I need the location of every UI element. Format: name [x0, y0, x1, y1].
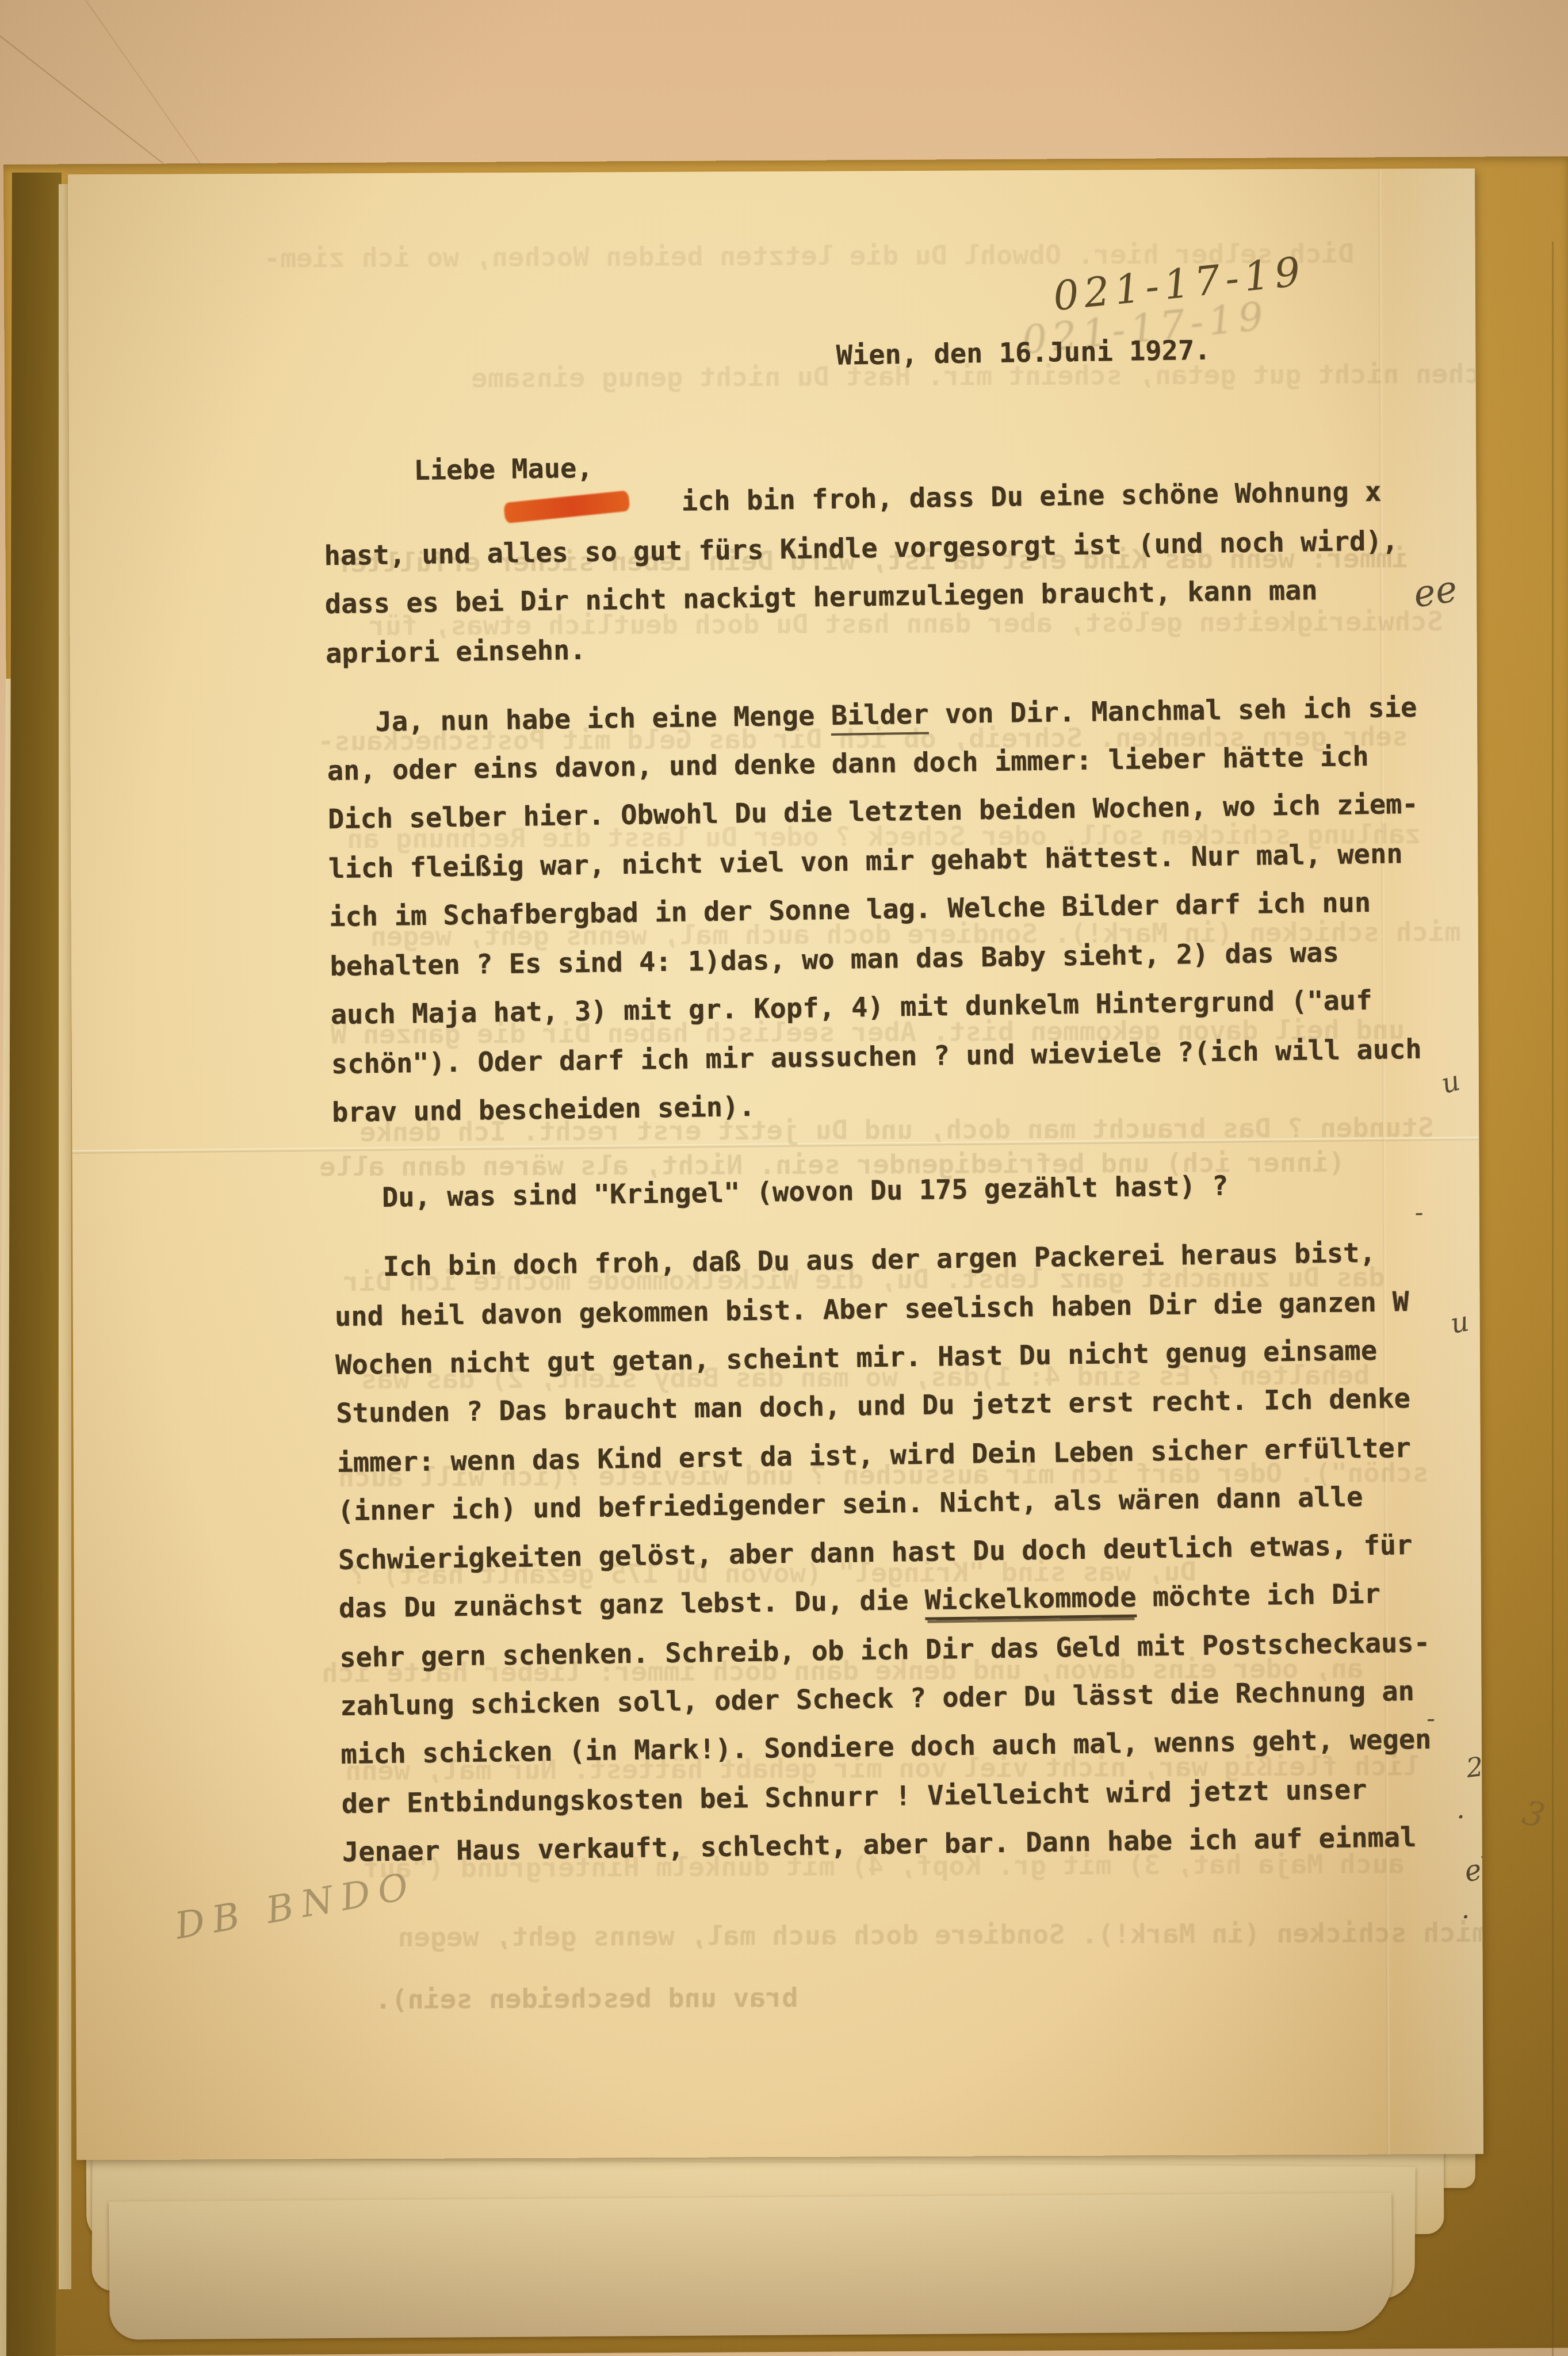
letter-line: hast, und alles so gut fürs Kindle vorge… [324, 525, 1398, 572]
letter-text: Du, was sind "Kringel" (wovon Du 175 gez… [333, 1170, 1229, 1214]
margin-pencil-mark: ee [1410, 568, 1460, 617]
archive-photo: { "archive": { "number": "021-17-19" }, … [0, 0, 1568, 2356]
folder-edge-line [1552, 242, 1554, 2356]
letter-line: ich im Schafbergbad in der Sonne lag. We… [329, 887, 1371, 933]
margin-pencil-mark: - [1414, 1198, 1424, 1227]
letter-text: an, oder eins davon, und denke dann doch… [327, 741, 1369, 787]
folder-spine-shadow [6, 173, 62, 2356]
letter-line: lich fleißig war, nicht viel von mir geh… [328, 838, 1403, 885]
letter-line: Dich selber hier. Obwohl Du die letzten … [328, 789, 1418, 835]
letter-text: W [1393, 1286, 1409, 1318]
letter-line: Ja, nun habe ich eine Menge Bilder von D… [326, 692, 1417, 739]
letter-line: zahlung schicken soll, oder Scheck ? ode… [340, 1676, 1414, 1722]
letter-line: schön"). Oder darf ich mir aussuchen ? u… [331, 1034, 1421, 1080]
letter-line: Stunden ? Das braucht man doch, und Du j… [336, 1383, 1410, 1429]
letter-text: von Dir. Manchmal seh ich sie [928, 692, 1417, 730]
margin-pencil-mark: 2 [1464, 1751, 1483, 1784]
letter-text: lich fleißig war, nicht viel von mir geh… [328, 838, 1403, 885]
letter-text: brav und bescheiden sein). [332, 1091, 755, 1129]
letter-line: Du, was sind "Kringel" (wovon Du 175 gez… [333, 1170, 1229, 1214]
letter-dateline: Wien, den 16.Juni 1927. [836, 335, 1211, 372]
letter-text: mich schicken (in Mark!). Sondiere doch … [341, 1724, 1431, 1770]
letter-text: ich im Schafbergbad in der Sonne lag. We… [329, 887, 1371, 933]
letter-text: auch Maja hat, 3) mit gr. Kopf, 4) mit d… [330, 985, 1372, 1031]
letter-sheet: Dich selber hier. Obwohl Du die letzten … [68, 169, 1483, 2160]
letter-line: dass es bei Dir nicht nackigt herumzulie… [324, 575, 1318, 620]
letter-text: x [1365, 476, 1382, 508]
letter-line: an, oder eins davon, und denke dann doch… [327, 741, 1369, 787]
letter-text: Dich selber hier. Obwohl Du die letzten … [328, 789, 1418, 835]
letter-text: (inner ich) und befriedigender sein. Nic… [337, 1481, 1363, 1527]
margin-pencil-mark: - [1427, 1704, 1436, 1733]
letter-text: Wochen nicht gut getan, scheint mir. Has… [335, 1335, 1378, 1381]
letter-text: Ich bin doch froh, daß Du aus der argen … [334, 1237, 1376, 1283]
letter-text: Schwierigkeiten gelöst, aber dann hast D… [338, 1529, 1413, 1576]
letter-line: Schwierigkeiten gelöst, aber dann hast D… [338, 1529, 1413, 1576]
margin-pencil-mark: u [1438, 1065, 1463, 1100]
letter-line: behalten ? Es sind 4: 1)das, wo man das … [330, 937, 1339, 982]
bottom-pencil-note: DB BNDO [172, 1865, 419, 1948]
letter-text: möchte ich Dir [1136, 1578, 1380, 1613]
margin-pencil-mark: . [1456, 1793, 1465, 1825]
letter-text-layer: 021-17-19 021-17-19 Wien, den 16.Juni 19… [68, 169, 1483, 2160]
under-sheet [109, 2193, 1393, 2340]
margin-pencil-mark: . [1461, 1894, 1470, 1925]
letter-text: immer: wenn das Kind erst da ist, wird D… [336, 1432, 1411, 1479]
underlined-word: Bilder [831, 699, 929, 736]
letter-line: der Entbindungskosten bei Schnurr ! Viel… [341, 1774, 1367, 1820]
letter-text: dass es bei Dir nicht nackigt herumzulie… [324, 575, 1318, 620]
letter-text: zahlung schicken soll, oder Scheck ? ode… [340, 1676, 1414, 1722]
margin-pencil-mark: el [1461, 1850, 1483, 1889]
letter-text: schön"). Oder darf ich mir aussuchen ? u… [331, 1034, 1421, 1080]
letter-text: das Du zunächst ganz lebst. Du, die [339, 1585, 925, 1624]
underlined-word: Wickelkommode [924, 1582, 1137, 1620]
letter-text: und heil davon gekommen bist. Aber seeli… [335, 1286, 1393, 1333]
letter-line: Ich bin doch froh, daß Du aus der argen … [334, 1237, 1376, 1283]
letter-line: sehr gern schenken. Schreib, ob ich Dir … [339, 1627, 1430, 1674]
letter-text: hast, und alles so gut fürs Kindle vorge… [324, 525, 1398, 572]
letter-line: immer: wenn das Kind erst da ist, wird D… [336, 1432, 1411, 1479]
letter-line: mich schicken (in Mark!). Sondiere doch … [341, 1724, 1431, 1770]
letter-text: Jenaer Haus verkauft, schlecht, aber bar… [342, 1822, 1417, 1868]
letter-text: Ja, nun habe ich eine Menge [326, 700, 831, 739]
letter-line: (inner ich) und befriedigender sein. Nic… [337, 1481, 1363, 1527]
letter-line: auch Maja hat, 3) mit gr. Kopf, 4) mit d… [330, 985, 1372, 1031]
letter-salutation: Liebe Maue, [414, 453, 593, 487]
letter-text: apriori einsehn. [326, 634, 586, 670]
letter-text: der Entbindungskosten bei Schnurr ! Viel… [341, 1774, 1367, 1820]
letter-text: sehr gern schenken. Schreib, ob ich Dir … [339, 1627, 1430, 1674]
letter-text: behalten ? Es sind 4: 1)das, wo man das … [330, 937, 1339, 982]
letter-line: das Du zunächst ganz lebst. Du, die Wick… [339, 1578, 1381, 1624]
letter-line: und heil davon gekommen bist. Aber seeli… [335, 1286, 1409, 1333]
letter-text: Stunden ? Das braucht man doch, und Du j… [336, 1383, 1410, 1429]
letter-line: Wochen nicht gut getan, scheint mir. Has… [335, 1335, 1378, 1381]
letter-line: apriori einsehn. [326, 634, 586, 670]
margin-pencil-mark: u [1448, 1305, 1471, 1340]
letter-line: Jenaer Haus verkauft, schlecht, aber bar… [342, 1822, 1417, 1868]
letter-line: brav und bescheiden sein). [332, 1091, 755, 1129]
